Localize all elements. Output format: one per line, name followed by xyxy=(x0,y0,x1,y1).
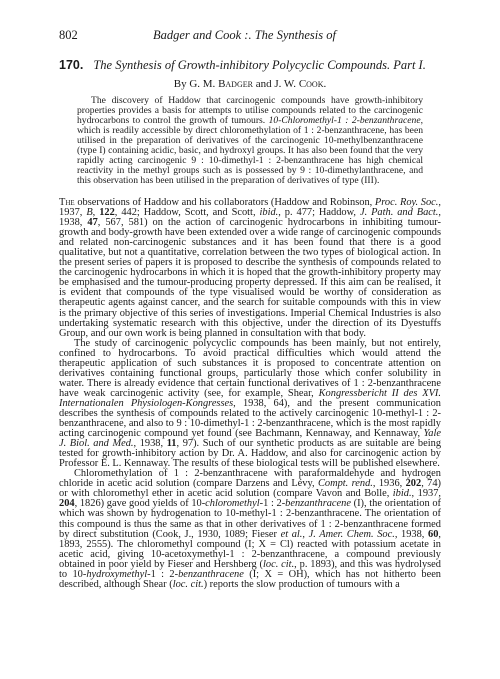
author-badger: Badger xyxy=(218,78,253,90)
author-cook: Cook. xyxy=(299,78,326,90)
abstract: The discovery of Haddow that carcinogeni… xyxy=(77,96,423,186)
loc-cit: loc. cit. xyxy=(173,579,204,590)
byline-prefix: By G. M. xyxy=(174,78,216,90)
page-number: 802 xyxy=(59,28,78,43)
abstract-text: , which is readily accessible by direct … xyxy=(77,115,423,186)
running-title: Badger and Cook :. The Synthesis of xyxy=(153,28,336,43)
journal-page: 802 Badger and Cook :. The Synthesis of … xyxy=(0,0,500,679)
paragraph-2: The study of carcinogenic polycyclic com… xyxy=(59,339,441,470)
article-body: The observations of Haddow and his colla… xyxy=(59,198,441,590)
byline-mid: and J. W. xyxy=(256,78,296,90)
byline: By G. M. Badger and J. W. Cook. xyxy=(0,78,500,90)
article-number: 170. xyxy=(59,58,83,72)
article-title: 170.The Synthesis of Growth-inhibitory P… xyxy=(59,58,459,73)
text: , 567, 581) on the action of carcinogeni… xyxy=(59,217,441,339)
article-title-text: The Synthesis of Growth-inhibitory Polyc… xyxy=(93,58,425,72)
paragraph-1: The observations of Haddow and his colla… xyxy=(59,198,441,339)
text: ) reports the slow production of tumours… xyxy=(204,579,400,590)
running-head: 802 Badger and Cook :. The Synthesis of xyxy=(59,28,442,42)
paragraph-3: Chloromethylation of 1 : 2-benzanthracen… xyxy=(59,469,441,590)
